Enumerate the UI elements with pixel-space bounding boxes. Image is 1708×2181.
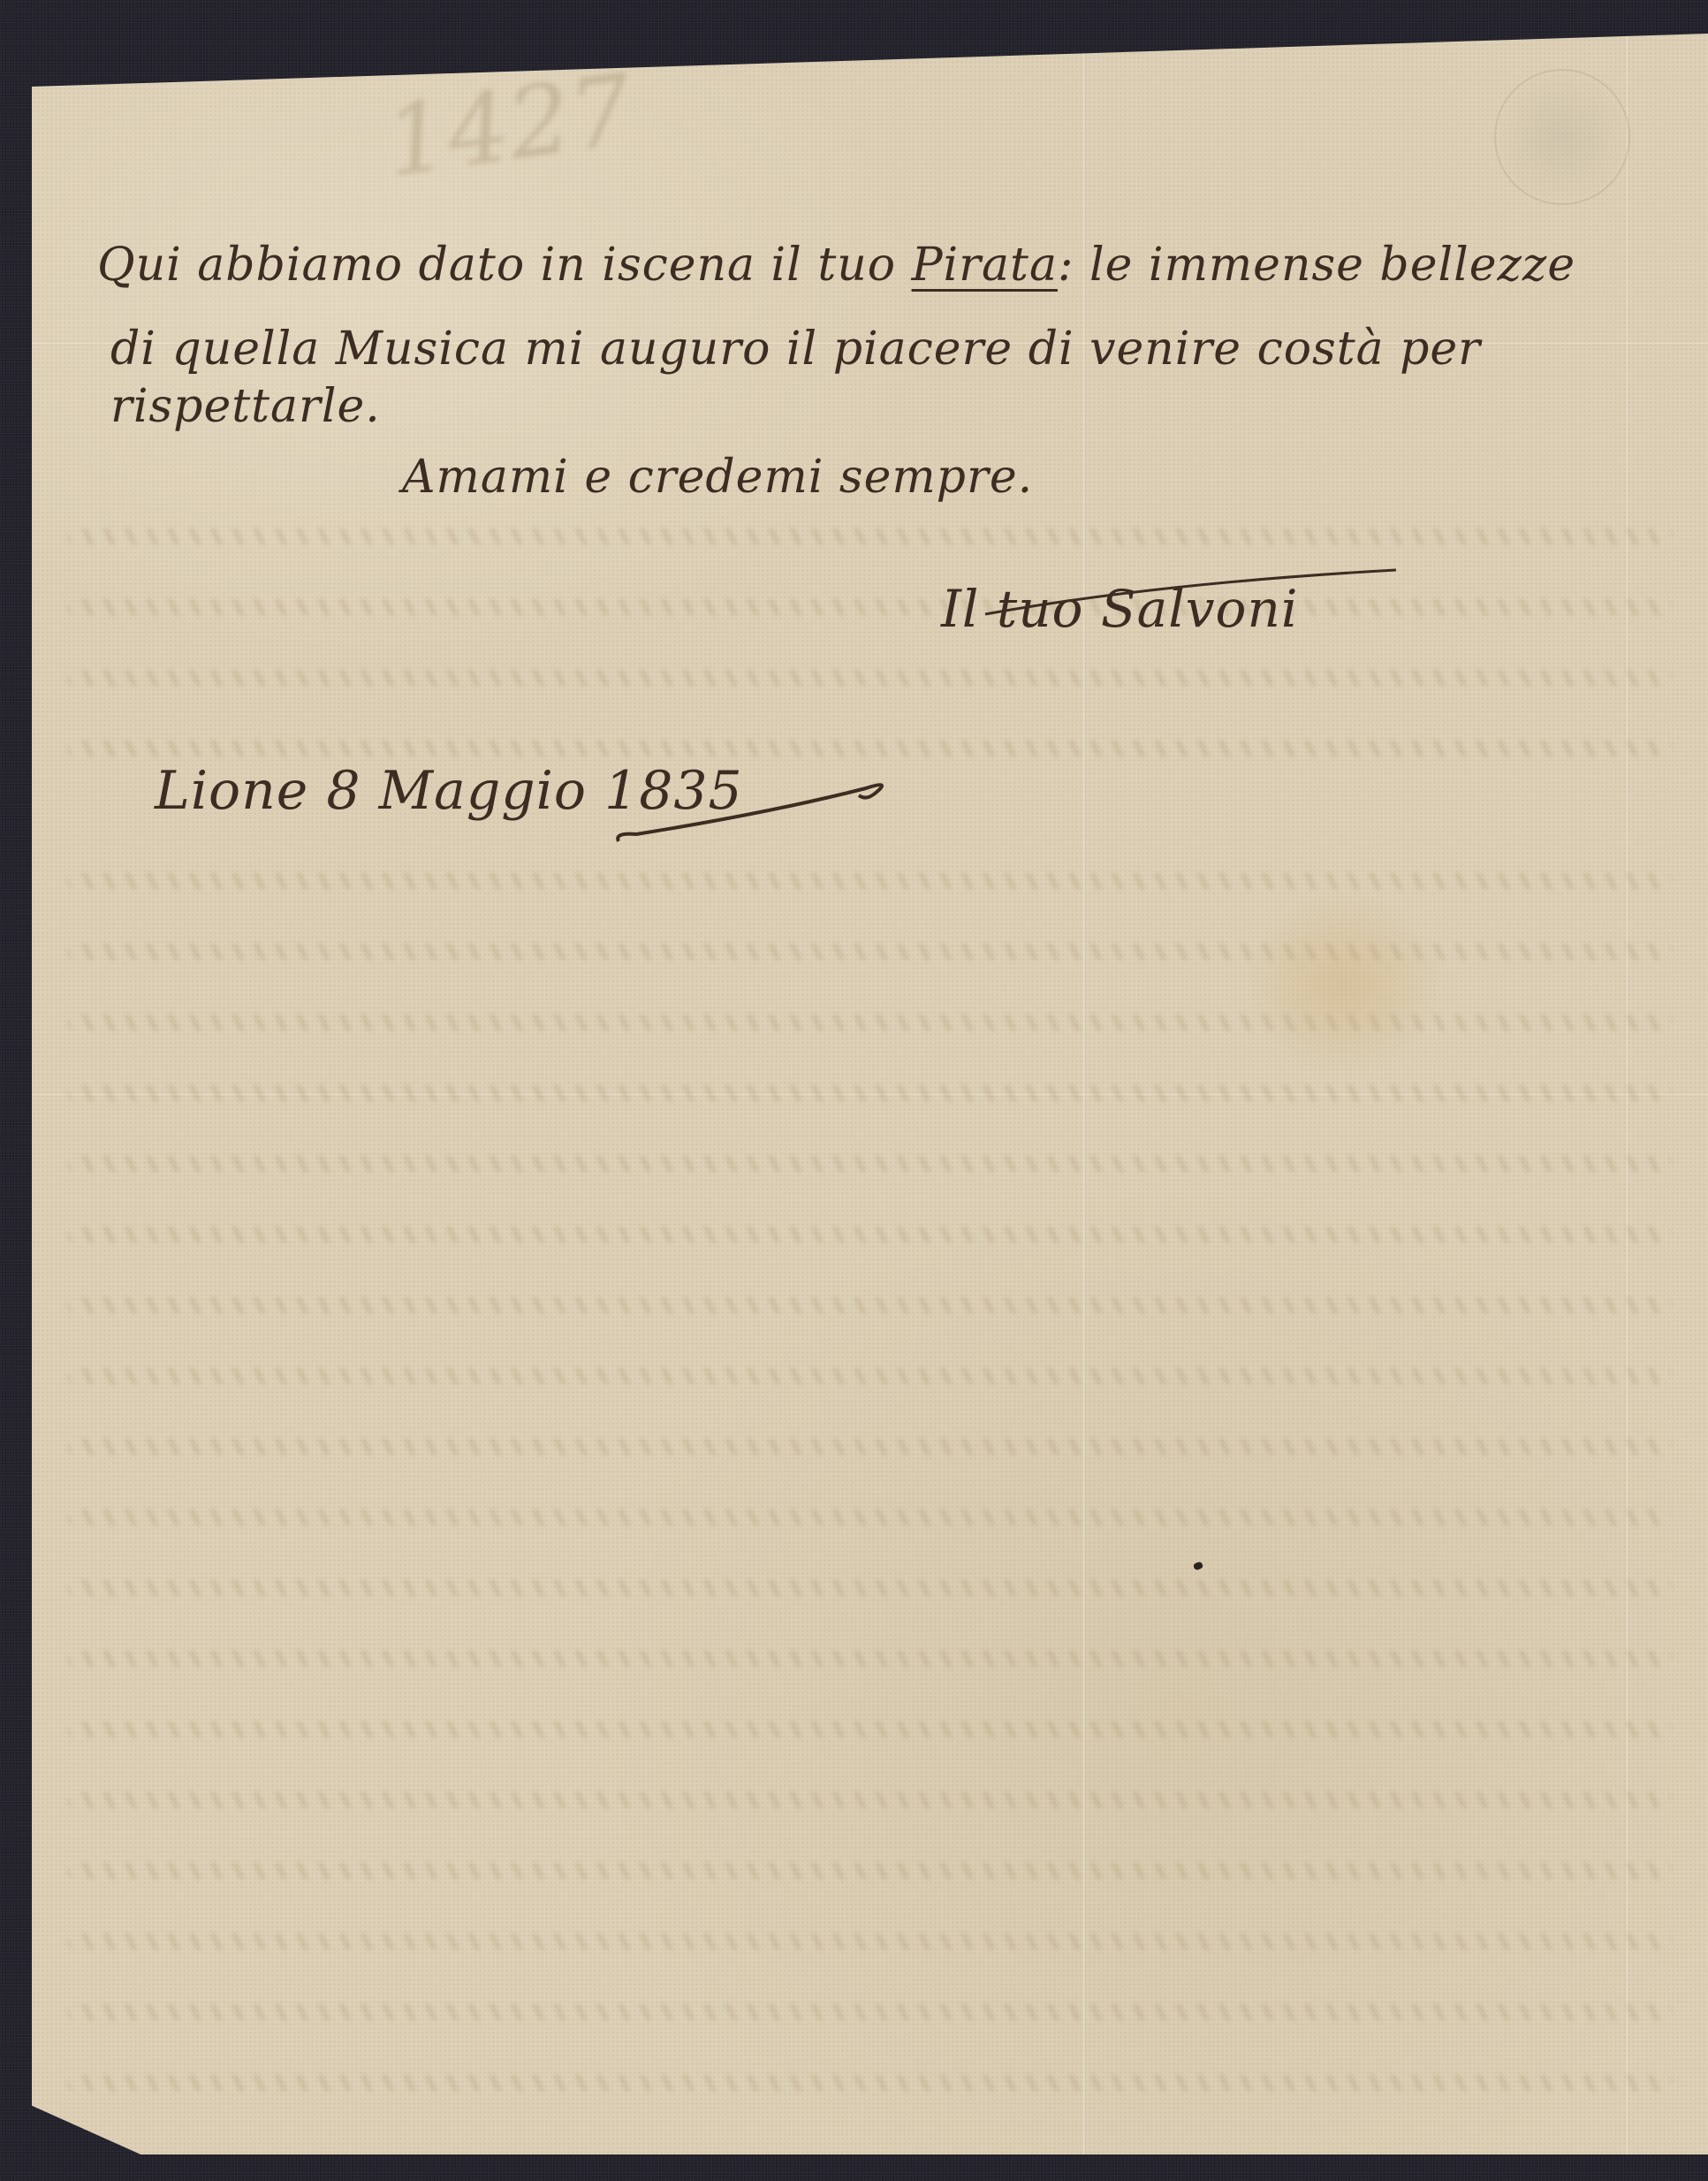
underlined-opera-title: Pirata	[912, 239, 1058, 292]
bleed-through-ink	[67, 1580, 1673, 1596]
bleed-through-ink	[67, 1015, 1673, 1030]
letter-line-3: rispettarle.	[110, 380, 381, 433]
signature-flourish-icon	[981, 566, 1405, 619]
bleed-through-ink	[67, 944, 1673, 960]
bleed-through-ink	[67, 2075, 1673, 2091]
date-flourish-icon	[610, 778, 901, 848]
line-1-text-start: Qui abbiamo dato in iscena il tuo	[97, 239, 912, 292]
ink-speck	[1193, 1562, 1203, 1571]
bleed-through-ink	[67, 1509, 1673, 1525]
letter-line-1: Qui abbiamo dato in iscena il tuo Pirata…	[97, 239, 1575, 292]
bleed-through-number: 1427	[378, 52, 639, 199]
bleed-through-ink	[67, 1227, 1673, 1242]
bleed-through-ink	[67, 599, 1673, 615]
bleed-through-ink	[67, 1085, 1673, 1101]
letter-line-2: di quella Musica mi auguro il piacere di…	[110, 323, 1481, 376]
bleed-through-ink	[67, 1651, 1673, 1667]
bleed-through-ink	[67, 1934, 1673, 1949]
bleed-through-ink	[67, 1368, 1673, 1384]
bleed-through-ink	[67, 1297, 1673, 1313]
bleed-through-ink	[67, 741, 1673, 756]
line-1-text-end: : le immense bellezze	[1058, 239, 1575, 292]
letter-closing: Amami e credemi sempre.	[402, 451, 1033, 504]
bleed-through-ink	[67, 2004, 1673, 2020]
bleed-through-ink	[67, 873, 1673, 889]
bleed-through-ink	[67, 1156, 1673, 1172]
bleed-through-ink	[67, 1792, 1673, 1808]
bleed-through-ink	[67, 1863, 1673, 1879]
bleed-through-ink	[67, 1439, 1673, 1455]
bleed-through-ink	[67, 528, 1673, 544]
embossed-seal-mark	[1494, 69, 1630, 205]
bleed-through-ink	[67, 670, 1673, 686]
bleed-through-ink	[67, 1721, 1673, 1737]
